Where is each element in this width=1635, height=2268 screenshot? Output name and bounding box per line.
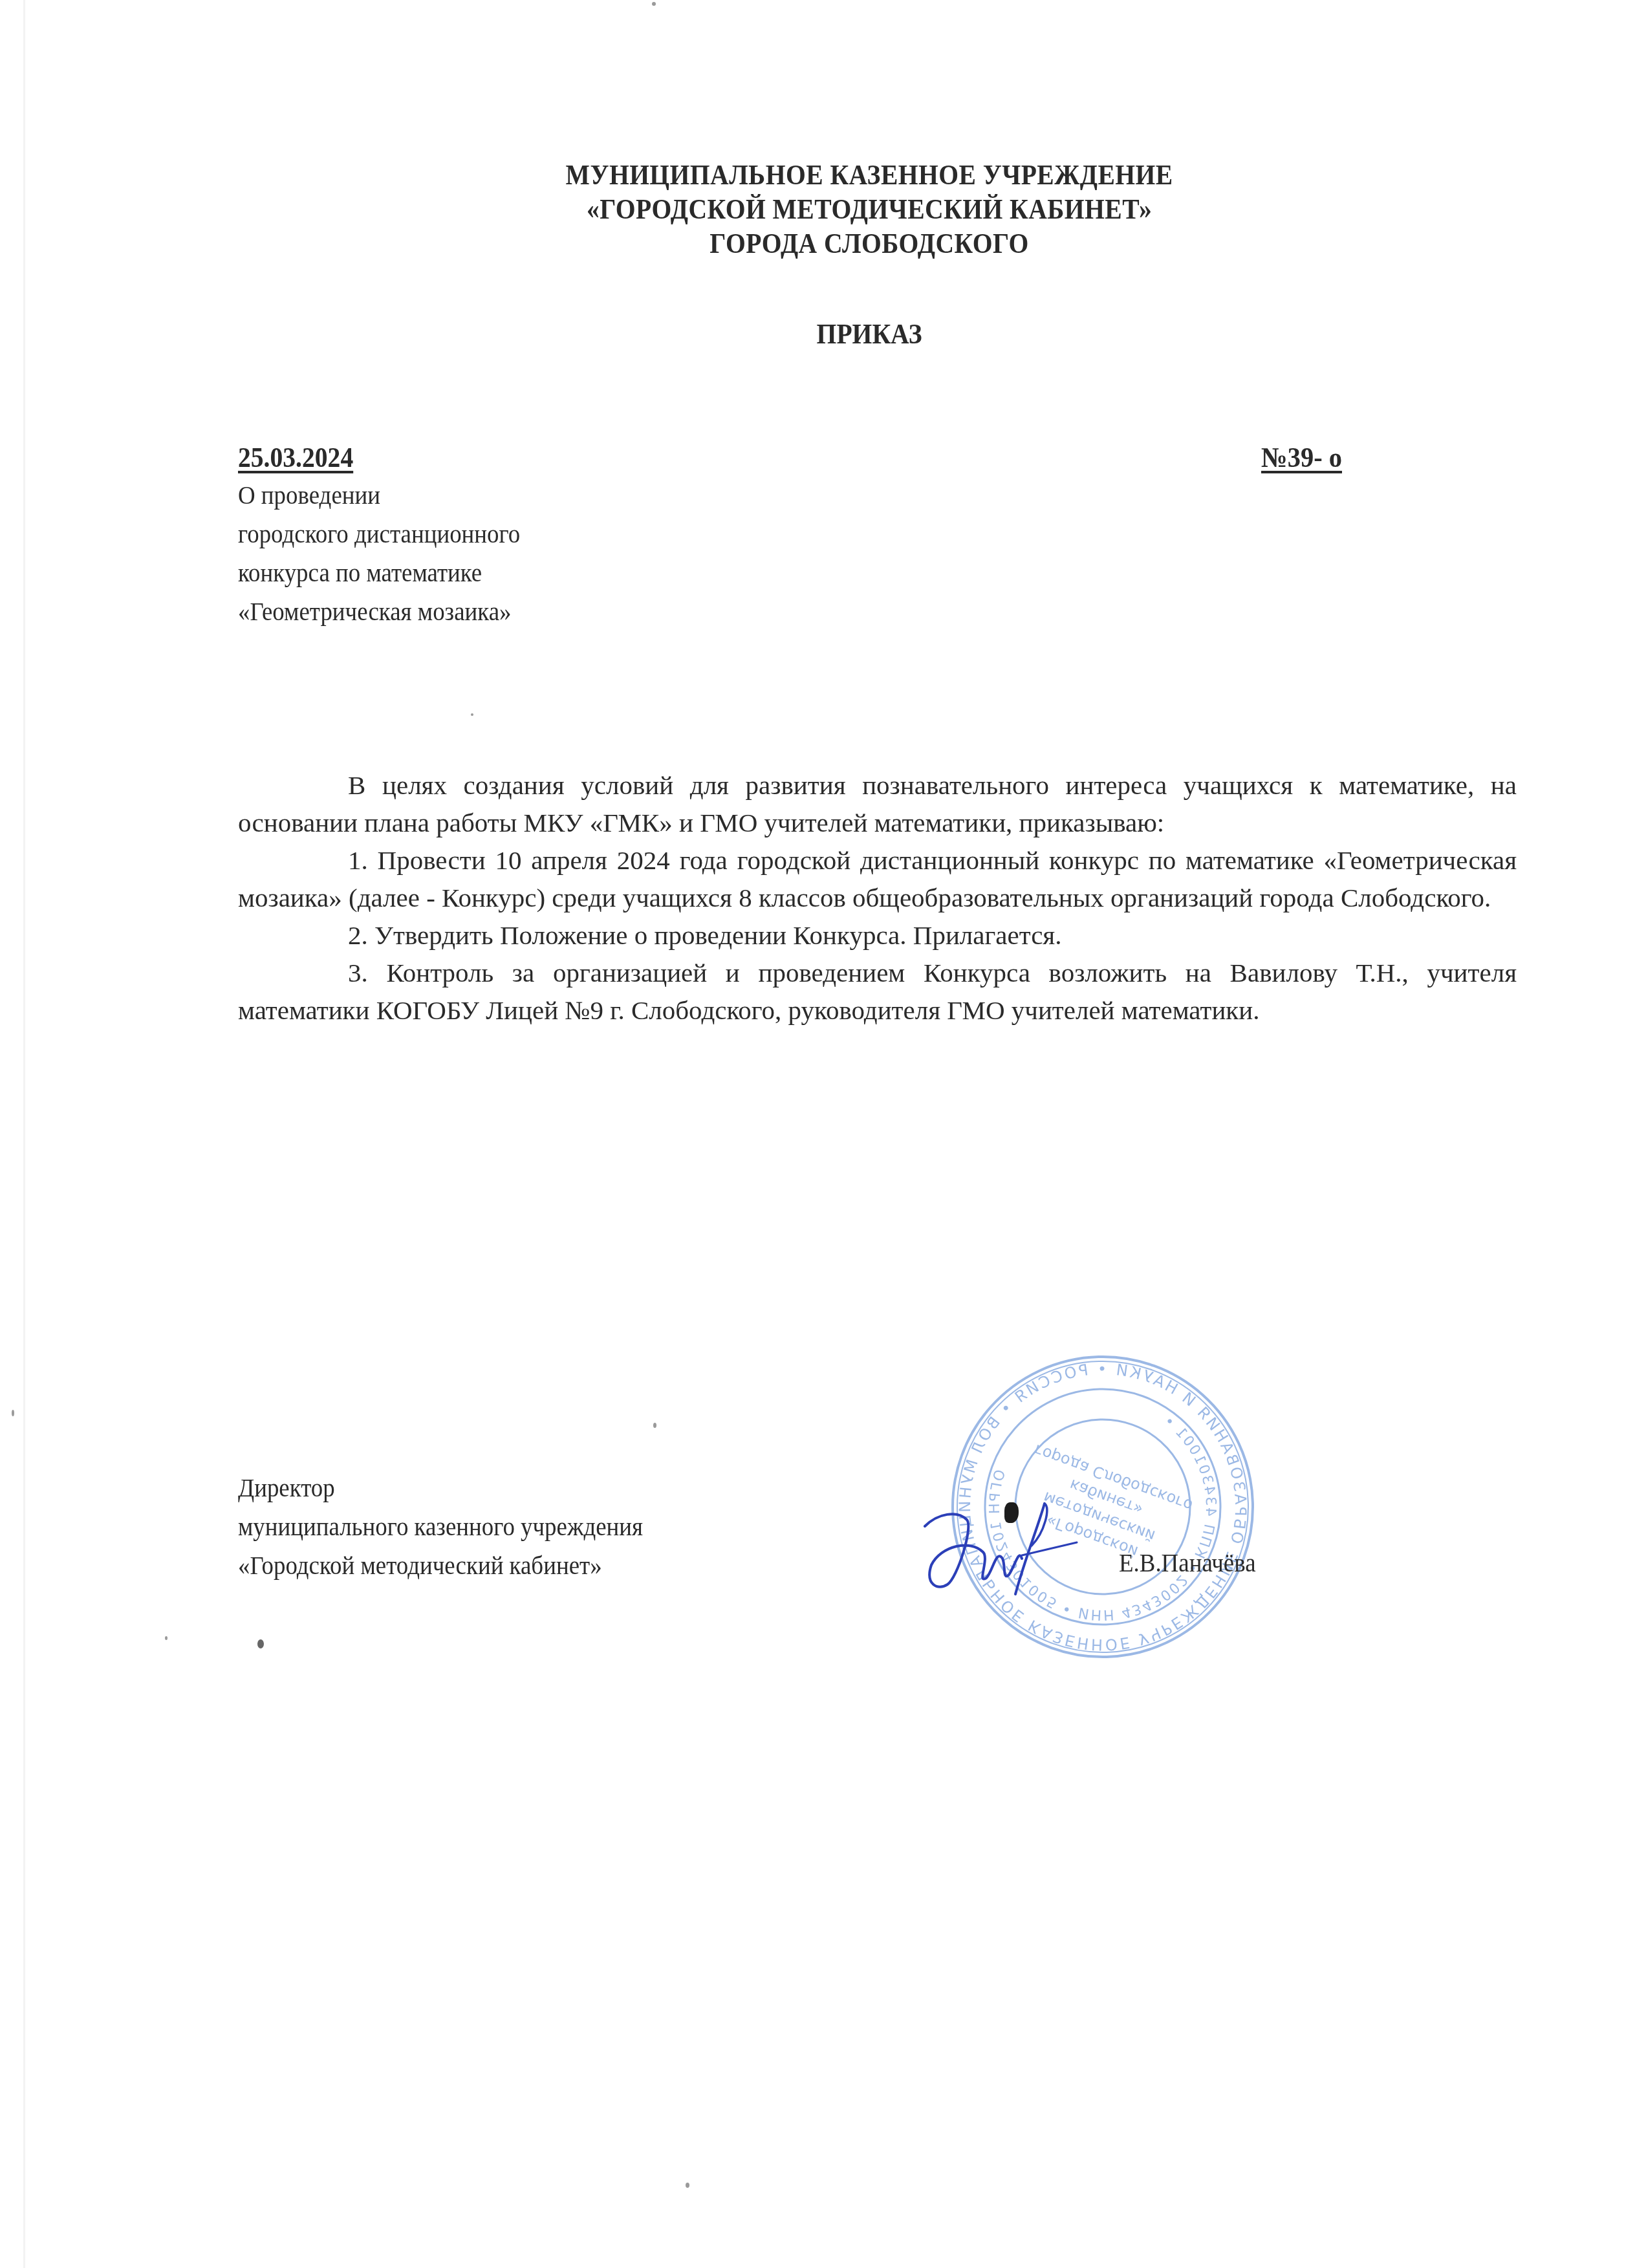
handwritten-signature-icon [912, 1487, 1080, 1604]
order-item-3: 3. Контроль за организацией и проведение… [238, 954, 1517, 1029]
order-item-1: 1. Провести 10 апреля 2024 года городско… [238, 841, 1517, 916]
order-number: №39- о [1261, 441, 1342, 474]
scan-speck [165, 1636, 168, 1640]
subject-line: городского дистанционного [238, 514, 520, 553]
scan-speck [686, 2183, 689, 2188]
order-date: 25.03.2024 [238, 441, 353, 474]
document-type: ПРИКАЗ [817, 318, 922, 350]
document-page: МУНИЦИПАЛЬНОЕ КАЗЕННОЕ УЧРЕЖДЕНИЕ «ГОРОД… [0, 0, 1635, 2268]
scan-speck [652, 2, 656, 6]
scan-speck [471, 713, 473, 716]
signatory-position: Директор муниципального казенного учрежд… [238, 1468, 643, 1584]
order-subject: О проведении городского дистанционного к… [238, 475, 520, 631]
subject-line: конкурса по математике [238, 553, 520, 592]
preamble-paragraph: В целях создания условий для развития по… [238, 766, 1517, 841]
institution-header: МУНИЦИПАЛЬНОЕ КАЗЕННОЕ УЧРЕЖДЕНИЕ «ГОРОД… [104, 158, 1543, 261]
position-line: Директор [238, 1468, 643, 1507]
scan-speck [257, 1639, 264, 1648]
document-title: ПРИКАЗ [104, 317, 1543, 351]
header-line-2: «ГОРОДСКОЙ МЕТОДИЧЕСКИЙ КАБИНЕТ» [150, 192, 1589, 226]
subject-line: «Геометрическая мозаика» [238, 592, 520, 631]
subject-line: О проведении [238, 475, 520, 514]
scan-speck [653, 1423, 656, 1428]
header-line-1: МУНИЦИПАЛЬНОЕ КАЗЕННОЕ УЧРЕЖДЕНИЕ [150, 158, 1589, 192]
header-line-3: ГОРОДА СЛОБОДСКОГО [150, 226, 1589, 261]
scan-edge [23, 0, 25, 2268]
signatory-name: Е.В.Паначёва [1119, 1547, 1256, 1578]
scan-speck [12, 1410, 14, 1416]
order-body: В целях создания условий для развития по… [238, 766, 1517, 1029]
position-line: «Городской методический кабинет» [238, 1546, 643, 1584]
order-item-2: 2. Утвердить Положение о проведении Конк… [238, 916, 1517, 954]
position-line: муниципального казенного учреждения [238, 1507, 643, 1546]
ink-blot [1004, 1502, 1019, 1523]
